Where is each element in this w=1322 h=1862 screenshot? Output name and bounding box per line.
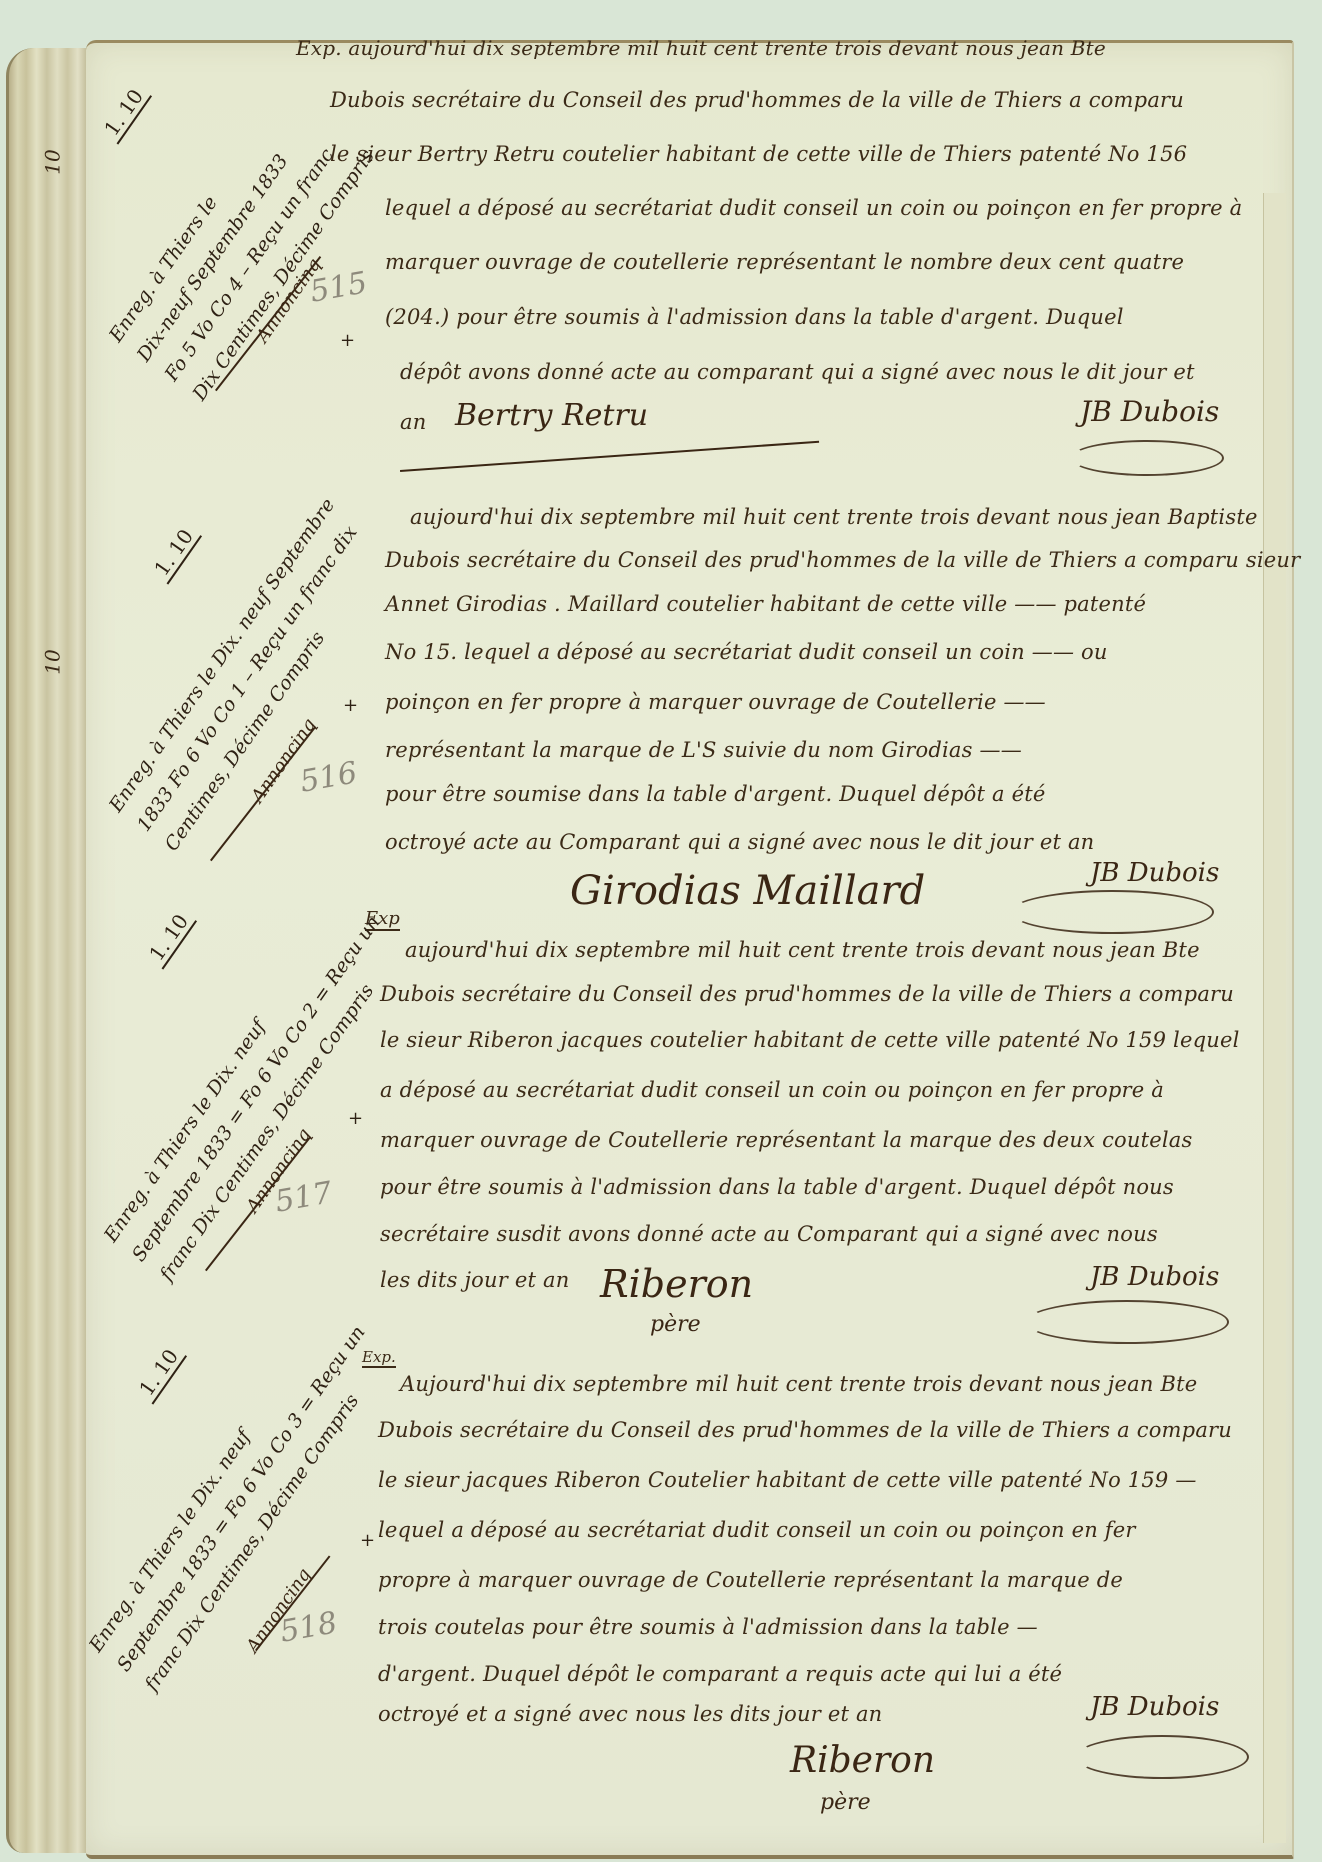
entry-3-clerk-signature: JB Dubois bbox=[1090, 1262, 1219, 1292]
entry-3-party-signature: Riberon bbox=[600, 1262, 753, 1306]
entry-2-line-3: Annet Girodias . Maillard coutelier habi… bbox=[385, 592, 1146, 616]
entry-4-line-7: d'argent. Duquel dépôt le comparant a re… bbox=[378, 1662, 1062, 1686]
entry-3-line-3: le sieur Riberon jacques coutelier habit… bbox=[380, 1028, 1240, 1052]
entry-4-line-6: trois coutelas pour être soumis à l'admi… bbox=[378, 1615, 1038, 1639]
entry-1-clerk-signature: JB Dubois bbox=[1080, 395, 1219, 428]
clerk-paraph bbox=[1010, 890, 1214, 934]
book-page-edges bbox=[6, 48, 95, 1853]
edge-page-number-lower: 10 bbox=[41, 649, 65, 674]
clerk-paraph bbox=[1075, 1735, 1249, 1779]
entry-2-line-8: octroyé acte au Comparant qui a signé av… bbox=[385, 830, 1094, 854]
entry-4-line-4: lequel a déposé au secrétariat dudit con… bbox=[378, 1518, 1136, 1542]
entry-4-line-2: Dubois secrétaire du Conseil des prud'ho… bbox=[378, 1418, 1232, 1442]
entry-1-line-4: lequel a déposé au secrétariat dudit con… bbox=[385, 196, 1242, 220]
cross-mark: + bbox=[360, 1530, 375, 1551]
cross-mark: + bbox=[343, 695, 358, 716]
entry-1-line-6: (204.) pour être soumis à l'admission da… bbox=[385, 305, 1124, 329]
entry-2-line-4: No 15. lequel a déposé au secrétariat du… bbox=[385, 640, 1108, 664]
clerk-paraph bbox=[1025, 1300, 1229, 1344]
entry-2-line-7: pour être soumise dans la table d'argent… bbox=[385, 782, 1046, 806]
entry-1-line-3: le sieur Bertry Retru coutelier habitant… bbox=[330, 142, 1187, 166]
entry-4-party-signature: Riberon bbox=[790, 1740, 935, 1781]
entry-4-line-1: Aujourd'hui dix septembre mil huit cent … bbox=[400, 1372, 1197, 1396]
entry-3-line-7: secrétaire susdit avons donné acte au Co… bbox=[380, 1222, 1158, 1246]
entry-1-line-2: Dubois secrétaire du Conseil des prud'ho… bbox=[330, 88, 1184, 112]
clerk-paraph bbox=[1070, 440, 1224, 476]
entry-4-line-8: octroyé et a signé avec nous les dits jo… bbox=[378, 1702, 882, 1726]
entry-1-line-1: Exp. aujourd'hui dix septembre mil huit … bbox=[296, 36, 1106, 60]
next-page-edge bbox=[1263, 193, 1286, 1843]
entry-1-line-5: marquer ouvrage de coutellerie représent… bbox=[385, 250, 1184, 274]
entry-2-line-6: représentant la marque de L'S suivie du … bbox=[385, 738, 1022, 762]
cross-mark: + bbox=[348, 1108, 363, 1129]
entry-3-line-8: les dits jour et an bbox=[380, 1268, 569, 1292]
entry-2-line-2: Dubois secrétaire du Conseil des prud'ho… bbox=[385, 548, 1300, 572]
cross-mark: + bbox=[340, 330, 355, 351]
entry-2-party-signature: Girodias Maillard bbox=[570, 868, 925, 914]
entry-3-party-signature-suffix: père bbox=[650, 1312, 701, 1337]
entry-3-line-2: Dubois secrétaire du Conseil des prud'ho… bbox=[380, 982, 1234, 1006]
entry-4-line-5: propre à marquer ouvrage de Coutellerie … bbox=[378, 1568, 1123, 1592]
entry-3-line-6: pour être soumis à l'admission dans la t… bbox=[380, 1175, 1174, 1199]
entry-1-line-7: dépôt avons donné acte au comparant qui … bbox=[400, 360, 1195, 384]
entry-3-line-5: marquer ouvrage de Coutellerie représent… bbox=[380, 1128, 1193, 1152]
entry-4-party-signature-suffix: père bbox=[820, 1790, 871, 1815]
edge-page-number: 10 bbox=[41, 149, 65, 174]
entry-2-line-1: aujourd'hui dix septembre mil huit cent … bbox=[410, 505, 1258, 529]
entry-1-line-8: an bbox=[400, 410, 426, 434]
entry-4-clerk-signature: JB Dubois bbox=[1090, 1692, 1219, 1722]
entry-2-line-5: poinçon en fer propre à marquer ouvrage … bbox=[385, 690, 1046, 714]
entry-2-clerk-signature: JB Dubois bbox=[1090, 858, 1219, 888]
entry-1-party-signature: Bertry Retru bbox=[455, 398, 648, 433]
entry-3-line-4: a déposé au secrétariat dudit conseil un… bbox=[380, 1078, 1164, 1102]
entry-4-line-3: le sieur jacques Riberon Coutelier habit… bbox=[378, 1468, 1197, 1492]
entry-3-line-1: aujourd'hui dix septembre mil huit cent … bbox=[405, 938, 1200, 962]
